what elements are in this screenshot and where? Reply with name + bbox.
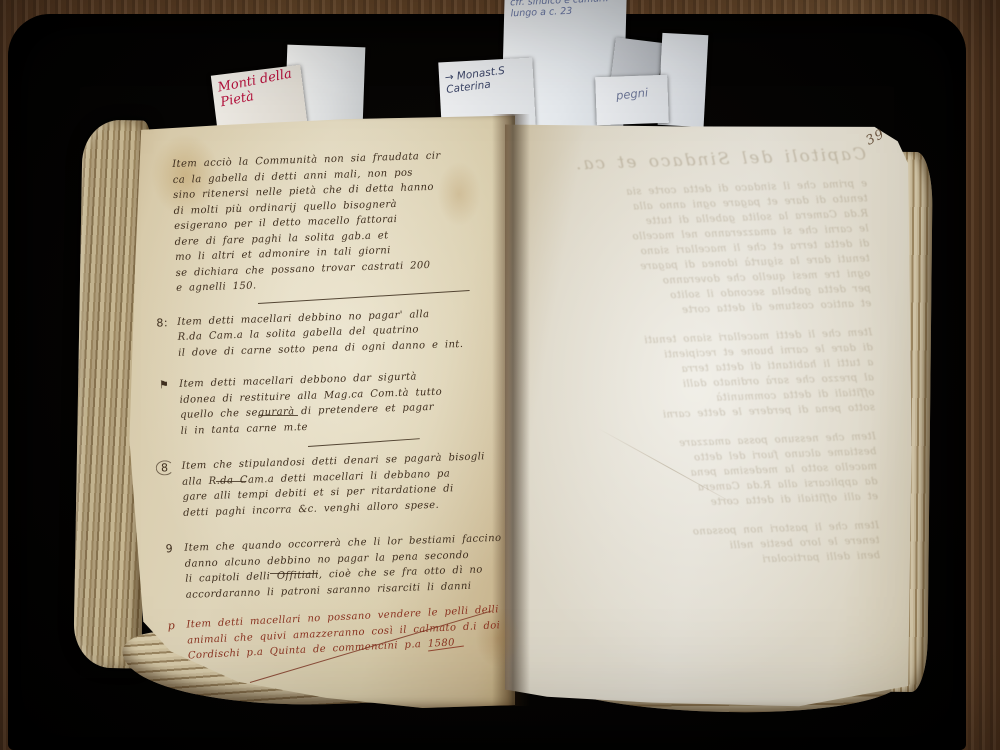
text-line: pegni — [602, 85, 663, 104]
paragraph-lines: Item detti macellari debbono dar sigurtà… — [179, 367, 493, 439]
word-strikethrough — [216, 481, 246, 482]
manuscript-text-block: Item acciò la Communità non sia fraudata… — [172, 147, 500, 661]
tab-label-pegni: pegni — [594, 72, 669, 108]
show-through-block: Item che nessuno possa amazzarebestiame … — [546, 429, 878, 515]
paragraph-marker-flag: ⚑ — [153, 378, 175, 392]
manuscript-paragraph: 8 Item che stipulandosi detti denari se … — [181, 449, 495, 521]
manuscript-paragraph: 8: Item detti macellari debbino no pagar… — [177, 305, 490, 361]
paragraph-marker: 9 — [158, 542, 180, 556]
archive-photo: Monti dellaPietà cfr. sindico e camarl.l… — [0, 0, 1000, 750]
manuscript-paragraph: 9 Item che quando occorrerà che li lor b… — [184, 531, 498, 603]
show-through-block: Item che li pastori non possanotenere le… — [549, 518, 880, 574]
show-through-block: Item che li detti macellari siano tenuti… — [542, 325, 875, 426]
verso-ink-show-through: Capitoli del Sindaco et ca. e prima che … — [536, 144, 884, 685]
paragraph-lines: Item che stipulandosi detti denari se pa… — [181, 449, 495, 521]
word-strikethrough — [270, 573, 318, 574]
word-strikethrough — [258, 415, 298, 416]
paragraph-lines: Item detti macellari debbino no pagar' a… — [177, 305, 490, 361]
tab-label-cfr: cfr. sindico e camarl.lungo a c. 23 — [504, 0, 627, 24]
show-through-block: e prima che il sindaco di detta corte si… — [537, 176, 872, 322]
tab-label-caterina: → Monast.SCaterina — [437, 54, 535, 101]
paragraph-lines: Item che quando occorrerà che li lor bes… — [184, 531, 498, 603]
bookmark-tab-pegni: pegni — [595, 75, 669, 125]
manuscript-paragraph: Item acciò la Communità non sia fraudata… — [172, 147, 488, 296]
paragraph-marker: 8: — [151, 316, 173, 330]
manuscript-paragraph: ⚑ Item detti macellari debbono dar sigur… — [179, 367, 493, 439]
paragraph-marker: p — [160, 619, 183, 633]
paragraph-lines: Item acciò la Communità non sia fraudata… — [172, 147, 488, 296]
